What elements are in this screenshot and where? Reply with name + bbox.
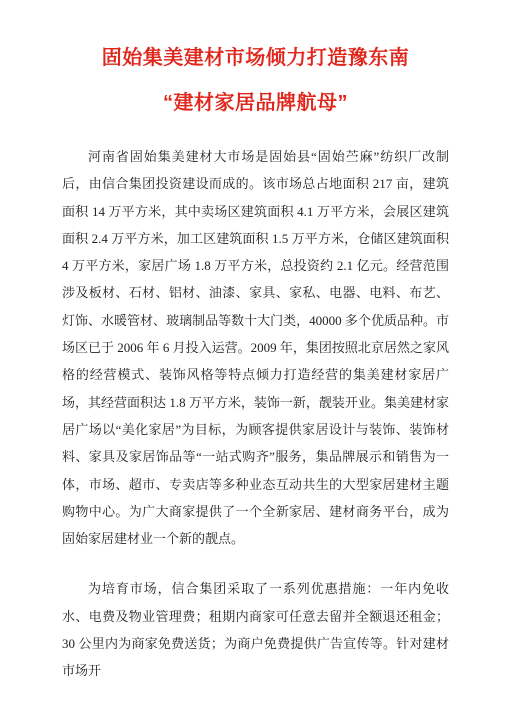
document-page: 固始集美建材市场倾力打造豫东南 “建材家居品牌航母” 河南省固始集美建材大市场是… [0, 0, 511, 720]
document-title-line2: “建材家居品牌航母” [62, 93, 449, 113]
paragraph-market-introduction: 河南省固始集美建材大市场是固始县“固始苎麻”纺织厂改制后，由信合集团投资建设而成… [62, 143, 449, 552]
document-title-line1: 固始集美建材市场倾力打造豫东南 [62, 48, 449, 68]
paragraph-incentive-measures: 为培育市场，信合集团采取了一系列优惠措施：一年内免收水、电费及物业管理费；租期内… [62, 575, 449, 684]
